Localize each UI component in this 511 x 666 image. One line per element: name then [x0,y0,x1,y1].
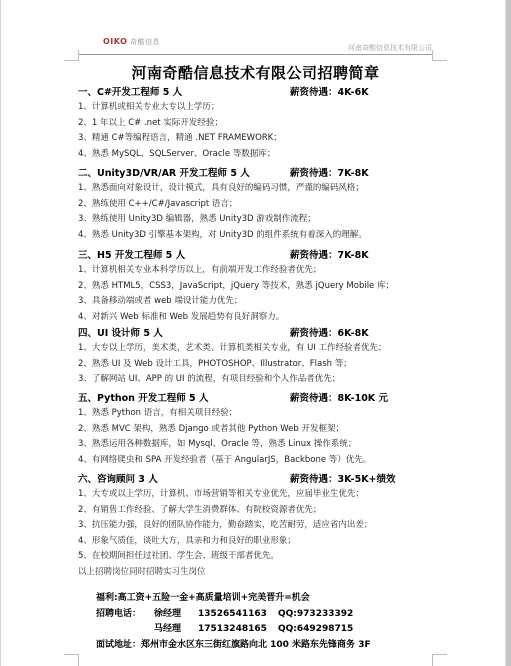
requirement-item: 3、了解网站 UI、APP 的 UI 的流程，有项目经验和个人作品者优先； [78,372,458,388]
requirement-item: 4、熟悉 Unity3D 引擎基本架构，对 Unity3D 的组件系统有着深入的… [78,228,458,244]
requirement-item: 1、熟悉 Python 语言，有相关项目经验； [78,406,458,422]
margin-corner-mark [432,654,447,666]
job-title: 一、C#开发工程师 5 人 [78,87,182,98]
requirement-item: 4、对新兴 Web 标准和 Web 发展趋势有良好洞察力。 [78,310,458,326]
scrollbar-track[interactable] [505,0,511,666]
contact-row: 招聘电话：徐经理13526541163QQ:973233392 [96,607,371,623]
job-section: 三、H5 开发工程师 5 人 薪资待遇：7K-8K 1、计算机相关专业本科学历以… [78,247,458,325]
requirement-item: 3、熟练使用 Unity3D 编辑器，熟悉 Unity3D 游戏制作流程； [78,212,458,228]
job-heading: 四、UI 设计师 5 人 薪资待遇：6K-8K [78,325,458,341]
phone-label: 招聘电话： [96,607,154,623]
requirement-item: 1、熟悉面向对象设计，设计模式，具有良好的编码习惯，严谨的编码风格； [78,181,458,197]
margin-corner-mark [64,50,79,61]
logo-text: 奇酷信息 [130,38,160,46]
requirement-item: 1、大专或以上学历，计算机、市场营销等相关专业优先，应届毕业生优先； [78,487,458,503]
contact-qq: QQ:973233392 [278,609,353,619]
job-salary: 薪资待遇：4K-6K [290,84,369,98]
job-section: 六、咨询顾问 3 人 薪资待遇：3K-5K+绩效 1、大专或以上学历，计算机、市… [78,471,458,565]
job-salary: 薪资待遇：3K-5K+绩效 [290,471,396,485]
contact-row: 马经理17513248165QQ:649298715 [96,622,371,638]
requirement-item: 2、熟悉 UI 及 Web 设计工具，PHOTOSHOP、Illustrator… [78,357,458,373]
contact-name: 徐经理 [154,607,198,623]
job-salary: 薪资待遇：7K-8K [290,247,369,261]
job-title: 三、H5 开发工程师 5 人 [78,250,185,261]
job-salary: 薪资待遇：7K-8K [290,165,369,179]
job-heading: 一、C#开发工程师 5 人 薪资待遇：4K-6K [78,84,458,100]
requirement-item: 2、熟悉 MVC 架构，熟悉 Django 或者其他 Python Web 开发… [78,422,458,438]
header-company-name: 河南奇酷信息技术有限公司 [348,43,432,53]
requirement-item: 4、形象气质佳，谈吐大方，具亲和力和良好的职业形象； [78,534,458,550]
job-title: 五、Python 开发工程师 5 人 [78,393,208,404]
intern-note: 以上招聘岗位同时招聘实习生岗位 [78,565,206,577]
job-section: 一、C#开发工程师 5 人 薪资待遇：4K-6K 1、计算机或相关专业大专以上学… [78,84,458,162]
margin-corner-mark [64,654,79,666]
requirement-item: 2、1 年以上 C# .net 实际开发经验； [78,116,458,132]
job-title: 二、Unity3D/VR/AR 开发工程师 5 人 [78,168,250,179]
page-header: OIKO 奇酷信息 河南奇酷信息技术有限公司 [78,36,432,55]
job-heading: 二、Unity3D/VR/AR 开发工程师 5 人 薪资待遇：7K-8K [78,165,458,181]
margin-corner-mark [432,50,447,61]
contact-phone: 17513248165 [198,622,278,638]
job-heading: 三、H5 开发工程师 5 人 薪资待遇：7K-8K [78,247,458,263]
contact-qq: QQ:649298715 [278,624,353,634]
job-salary: 薪资待遇：8K-10K 元 [290,390,388,404]
requirement-item: 2、有销售工作经验、了解大学生消费群体、有院校资源者优先； [78,503,458,519]
requirement-item: 3、具备移动端或者 web 端设计能力优先； [78,294,458,310]
requirement-item: 3、熟悉运用各种数据库，如 Mysql、Oracle 等，熟悉 Linux 操作… [78,437,458,453]
job-title: 六、咨询顾问 3 人 [78,474,158,485]
benefits-line: 福利:高工资+五险一金+高质量培训+完美晋升=机会 [96,591,371,607]
requirement-item: 4、熟悉 MySQL、SQLServer、Oracle 等数据库； [78,147,458,163]
contact-name: 马经理 [154,622,198,638]
requirement-item: 1、计算机或相关专业大专以上学历； [78,100,458,116]
job-section: 二、Unity3D/VR/AR 开发工程师 5 人 薪资待遇：7K-8K 1、熟… [78,165,458,243]
contact-block: 福利:高工资+五险一金+高质量培训+完美晋升=机会 招聘电话：徐经理135265… [96,591,371,653]
requirement-item: 4、有网络爬虫和 SPA 开发经验者（基于 AngularJS，Backbone… [78,453,458,469]
requirement-item: 2、熟练使用 C++/C#/Javascript 语言； [78,197,458,213]
job-section: 五、Python 开发工程师 5 人 薪资待遇：8K-10K 元 1、熟悉 Py… [78,390,458,468]
requirement-item: 2、熟悉 HTML5，CSS3，JavaScript，jQuery 等技术，熟悉… [78,279,458,295]
requirement-item: 3、精通 C#等编程语言，精通 .NET FRAMEWORK； [78,131,458,147]
job-heading: 六、咨询顾问 3 人 薪资待遇：3K-5K+绩效 [78,471,458,487]
company-logo: OIKO 奇酷信息 [103,37,160,47]
interview-address: 面试地址：郑州市金水区东三街红旗路向北 100 米路东先锋商务 3F [96,638,371,654]
job-listings: 一、C#开发工程师 5 人 薪资待遇：4K-6K 1、计算机或相关专业大专以上学… [78,84,458,173]
job-title: 四、UI 设计师 5 人 [78,328,163,339]
contact-phone: 13526541163 [198,607,278,623]
requirement-item: 5、在校期间担任过社团、学生会、班级干部者优先。 [78,549,458,565]
job-salary: 薪资待遇：6K-8K [290,325,369,339]
job-section: 四、UI 设计师 5 人 薪资待遇：6K-8K 1、大专以上学历，美术类，艺术类… [78,325,458,388]
job-heading: 五、Python 开发工程师 5 人 薪资待遇：8K-10K 元 [78,390,458,406]
document-title: 河南奇酷信息技术有限公司招聘简章 [0,62,511,83]
requirement-item: 3、抗压能力强，良好的团队协作能力，勤奋踏实，吃苦耐劳，适应省内出差； [78,518,458,534]
logo-mark: OIKO [103,37,127,46]
requirement-item: 1、大专以上学历，美术类，艺术类、计算机类相关专业，有 UI 工作经验者优先； [78,341,458,357]
requirement-item: 1、计算机相关专业本科学历以上，有前端开发工作经验者优先； [78,263,458,279]
